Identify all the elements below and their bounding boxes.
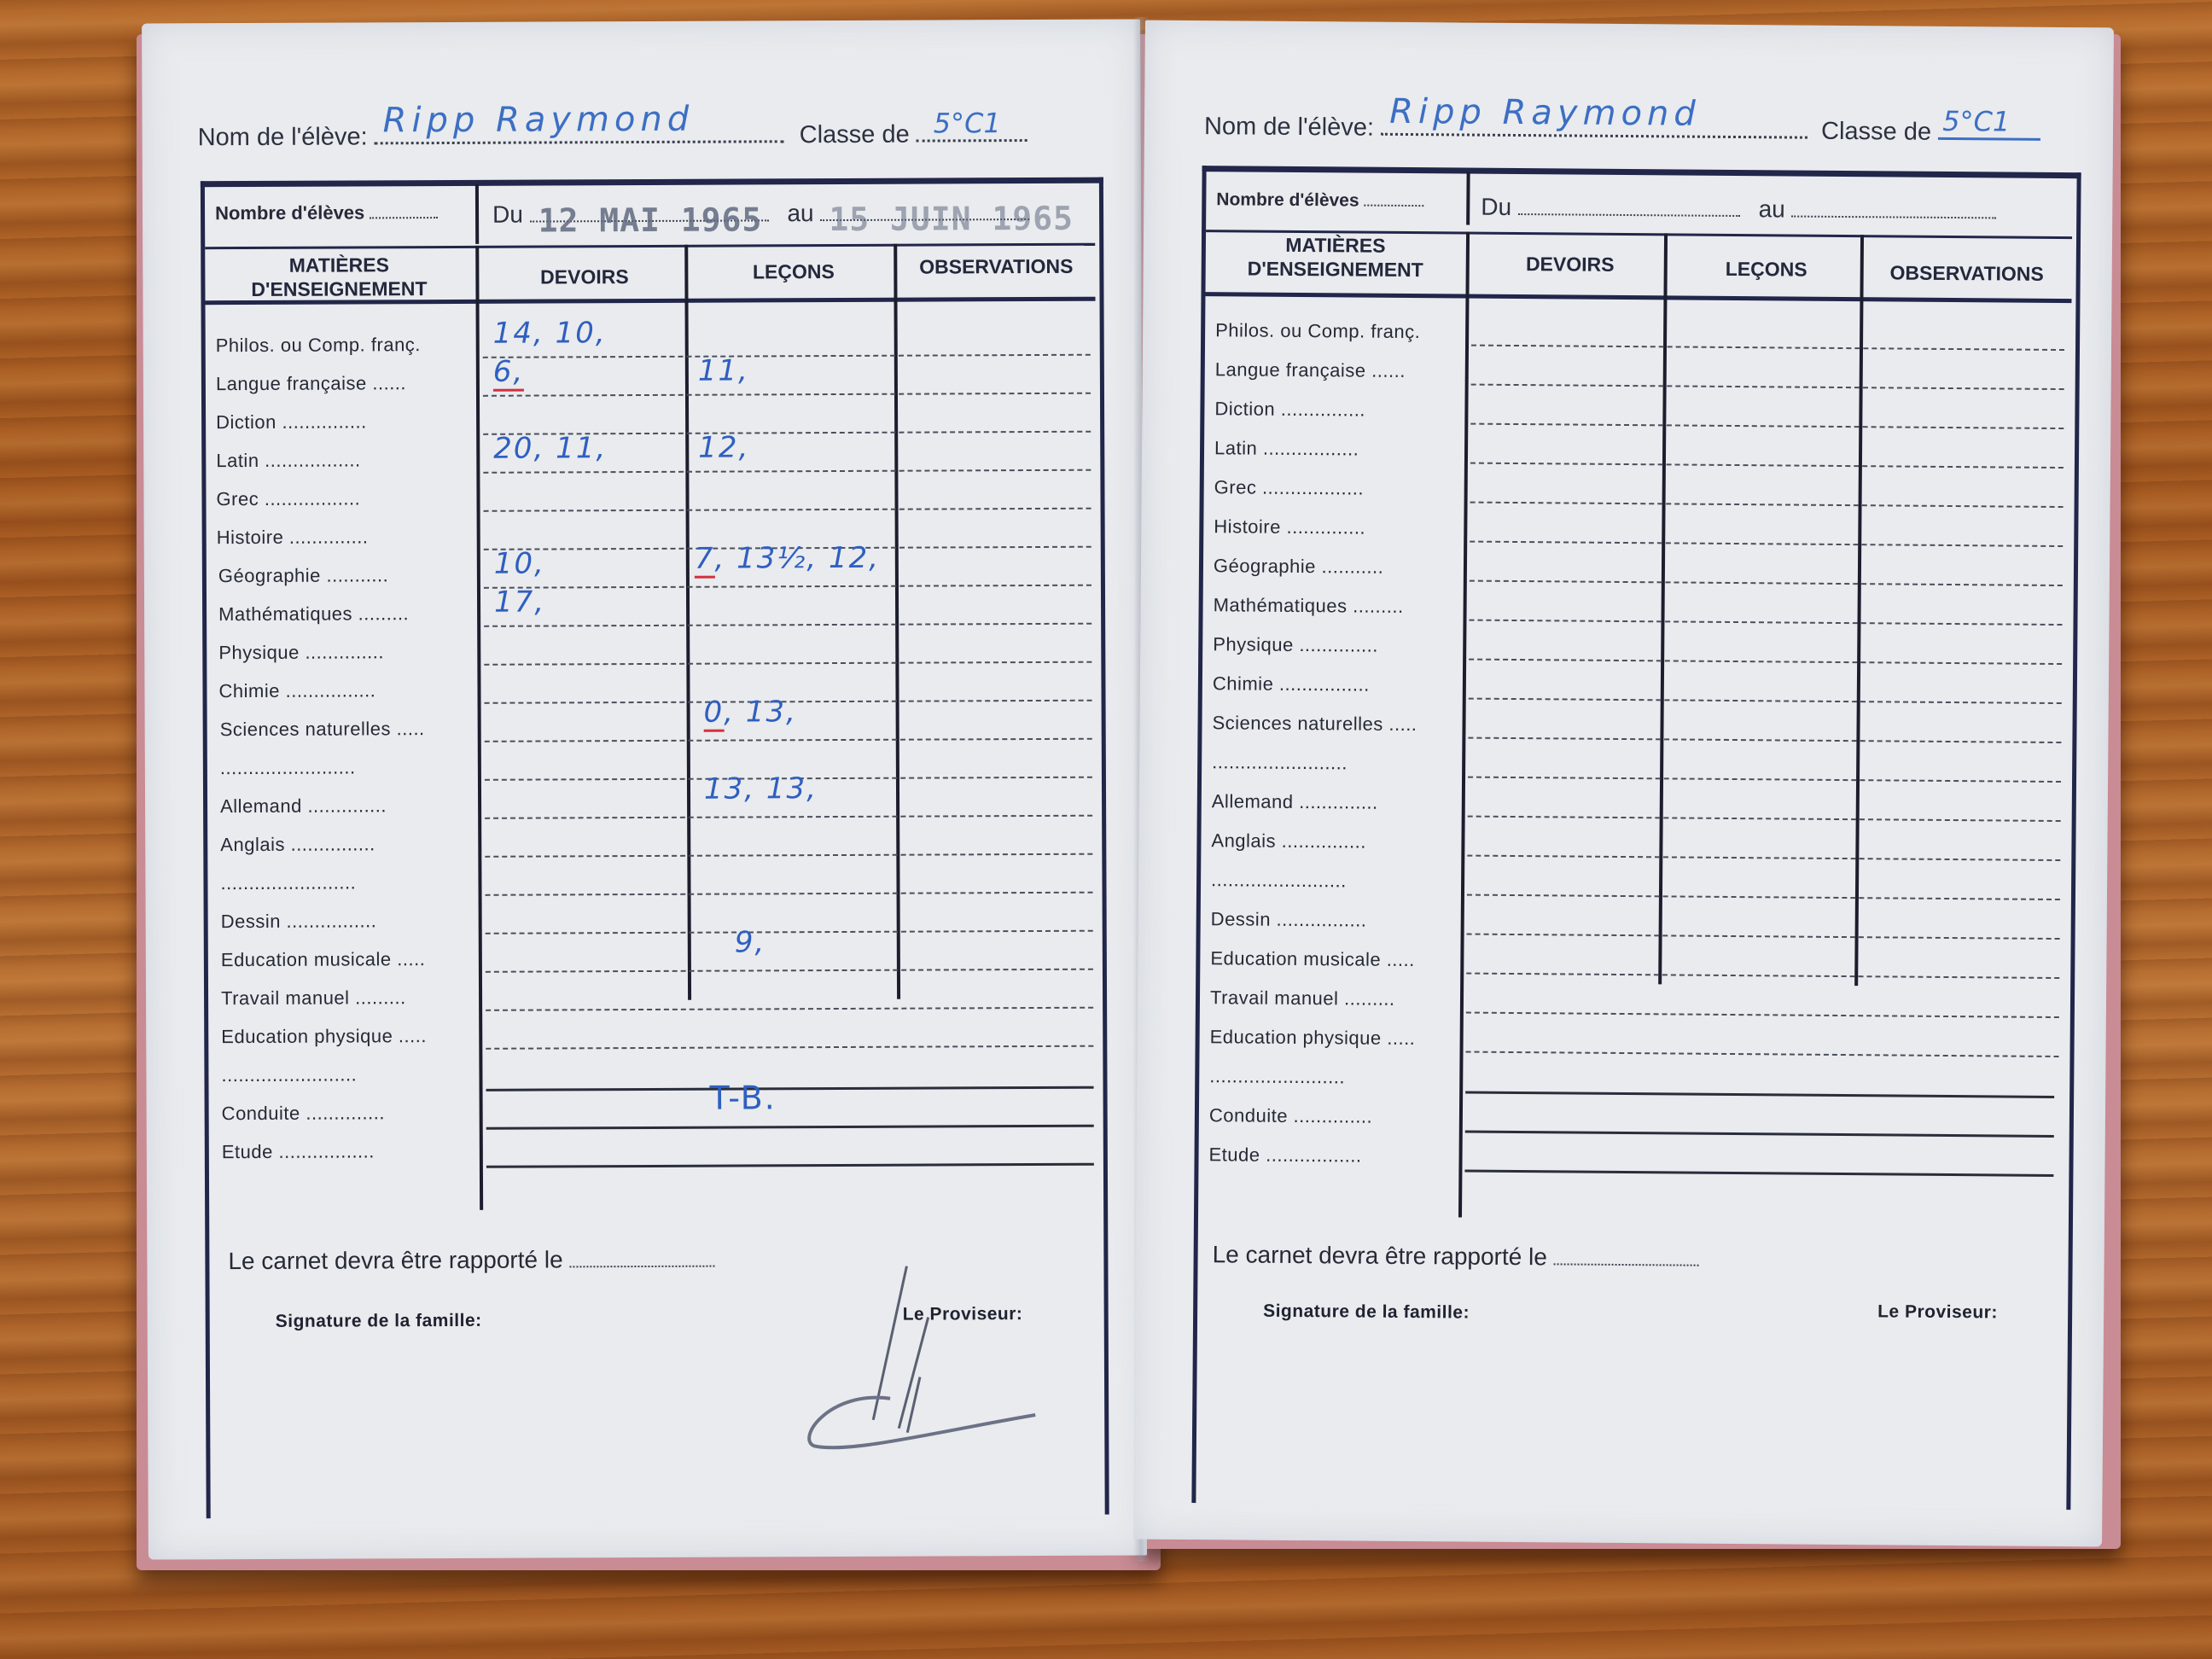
subject-label: Allemand ..............: [1212, 790, 1378, 814]
subject-label: Physique ..............: [1213, 633, 1378, 657]
subject-label: Travail manuel .........: [1210, 987, 1395, 1010]
class-label: Classe de: [800, 121, 910, 149]
subject-label: ........................: [1209, 1065, 1345, 1088]
subject-label: Géographie ...........: [218, 564, 388, 587]
subject-label: Education physique .....: [221, 1025, 427, 1048]
subject-label: Anglais ...............: [220, 833, 375, 856]
grade-langue-lecons: 11,: [698, 353, 749, 387]
date-stamp-to: 15 JUIN 1965: [829, 200, 1074, 238]
subject-label: Langue française ......: [216, 372, 406, 395]
subject-label: Dessin ................: [1211, 908, 1367, 931]
subject-label: Langue française ......: [1215, 358, 1406, 382]
period-divider: [475, 184, 479, 244]
subject-label: ........................: [221, 1063, 357, 1086]
period-to-label: au: [787, 200, 813, 226]
subject-label: Anglais ...............: [1211, 829, 1366, 853]
col-header-observations: OBSERVATIONS: [1865, 260, 2069, 286]
subject-label: Grec .................: [216, 487, 360, 510]
subject-label: Latin .................: [216, 449, 360, 472]
subject-label: Géographie ...........: [1214, 555, 1384, 579]
signature-family-label: Signature de la famille:: [276, 1311, 482, 1332]
subject-label: Diction ...............: [216, 410, 367, 434]
student-name: Ripp Raymond: [1389, 92, 1701, 134]
left-page: Nom de l'élève: Ripp Raymond Classe de 5…: [142, 19, 1147, 1559]
return-date-line: Le carnet devra être rapporté le: [1213, 1241, 1699, 1272]
student-name-row: Nom de l'élève: Ripp Raymond Classe de 5…: [1204, 113, 2040, 148]
subject-label: Dessin ................: [221, 910, 377, 933]
period-divider: [1466, 172, 1470, 225]
col-header-lecons: LEÇONS: [689, 259, 898, 284]
subject-label: Conduite ..............: [222, 1102, 385, 1125]
grade-geographie-devoirs: 10,: [494, 547, 545, 581]
grade-latin-lecons: 12,: [698, 430, 749, 464]
col-header-observations: OBSERVATIONS: [898, 254, 1094, 279]
subject-label: Philos. ou Comp. franç.: [1215, 319, 1420, 343]
subject-label: ........................: [220, 756, 356, 779]
subject-label: Education musicale .....: [1210, 947, 1415, 971]
subject-label: ........................: [1211, 869, 1347, 892]
class-field: 5°C1: [1938, 137, 2040, 141]
col-header-matieres: MATIÈRES D'ENSEIGNEMENT: [211, 253, 467, 301]
period-to-label: au: [1759, 195, 1785, 222]
col-header-matieres: MATIÈRES D'ENSEIGNEMENT: [1212, 232, 1459, 282]
grade-langue-devoirs: 6,: [493, 355, 525, 389]
subject-label: Grec ..................: [1214, 476, 1365, 499]
return-date-line: Le carnet devra être rapporté le: [228, 1246, 714, 1275]
subject-label: Sciences naturelles .....: [1212, 712, 1417, 736]
right-page: Nom de l'élève: Ripp Raymond Classe de 5…: [1133, 20, 2114, 1547]
conduite-value: T-B.: [709, 1079, 776, 1116]
class-value: 5°C1: [934, 107, 1001, 139]
student-name: Ripp Raymond: [383, 100, 695, 141]
student-label: Nom de l'élève:: [198, 123, 368, 151]
subject-label: Travail manuel .........: [221, 987, 406, 1010]
subject-label: Conduite ..............: [1209, 1104, 1372, 1128]
subject-label: Diction ...............: [1214, 398, 1365, 421]
col-header-lecons: LEÇONS: [1668, 256, 1865, 282]
grade-philos-devoirs: 14, 10,: [493, 316, 607, 351]
grade-latin-devoirs: 20, 11,: [493, 431, 607, 466]
class-label: Classe de: [1821, 118, 1931, 146]
col-header-devoirs: DEVOIRS: [480, 265, 689, 289]
subject-label: Etude .................: [222, 1140, 375, 1163]
subject-label: Chimie ................: [218, 679, 375, 702]
grade-maths-devoirs: 17,: [494, 585, 545, 620]
student-label: Nom de l'élève:: [1204, 113, 1374, 142]
class-field: 5°C1: [917, 139, 1027, 143]
nombre-eleves-label: Nombre d'élèves: [215, 201, 438, 224]
grade-allemand-lecons: 13, 13,: [704, 771, 818, 806]
subject-label: Mathématiques .........: [1214, 594, 1404, 618]
date-stamp-from: 12 MAI 1965: [538, 201, 763, 239]
subject-label: Chimie ................: [1213, 672, 1370, 696]
signature-family-label: Signature de la famille:: [1263, 1301, 1470, 1324]
proviseur-label: Le Proviseur:: [1877, 1301, 1998, 1323]
subject-label: Histoire ..............: [217, 526, 369, 549]
subject-label: Education physique .....: [1210, 1026, 1416, 1050]
subject-rows: Philos. ou Comp. franç. Langue française…: [142, 19, 1140, 23]
subject-label: Philos. ou Comp. franç.: [216, 334, 421, 357]
student-name-field: Ripp Raymond: [1381, 133, 1807, 139]
student-name-field: Ripp Raymond: [375, 140, 784, 144]
row-guides: [142, 19, 1140, 23]
subject-label: Latin .................: [1214, 437, 1359, 460]
subject-label: ........................: [1212, 751, 1348, 774]
col-header-devoirs: DEVOIRS: [1472, 252, 1668, 277]
subject-label: Etude .................: [1208, 1144, 1361, 1167]
subject-label: Sciences naturelles .....: [220, 718, 425, 741]
subject-label: Mathématiques .........: [218, 602, 409, 626]
row-guides: [1145, 20, 2114, 28]
student-name-row: Nom de l'élève: Ripp Raymond Classe de 5…: [198, 120, 1027, 152]
subject-label: Education musicale .....: [221, 948, 426, 971]
nombre-eleves-label: Nombre d'élèves: [1216, 189, 1423, 212]
period-from: Du 12 MAI 1965 au 15 JUIN 1965: [492, 199, 1029, 229]
subject-label: Physique ..............: [218, 641, 384, 664]
subject-label: Allemand ..............: [220, 795, 387, 818]
grade-musique-lecons: 9,: [735, 925, 766, 959]
grade-geographie-lecons: 77, 13½, 12,, 13½, 12,: [695, 541, 880, 576]
proviseur-signature-icon: [778, 1249, 1052, 1471]
subject-label: Histoire ..............: [1214, 515, 1365, 538]
subject-label: ........................: [220, 871, 356, 894]
subject-rows: Philos. ou Comp. franç. Langue française…: [1145, 20, 2114, 28]
grade-sciences-lecons: 0, 13,0, 13,: [704, 695, 798, 729]
period-from: Du au: [1481, 194, 1997, 225]
class-value: 5°C1: [1942, 105, 2010, 138]
